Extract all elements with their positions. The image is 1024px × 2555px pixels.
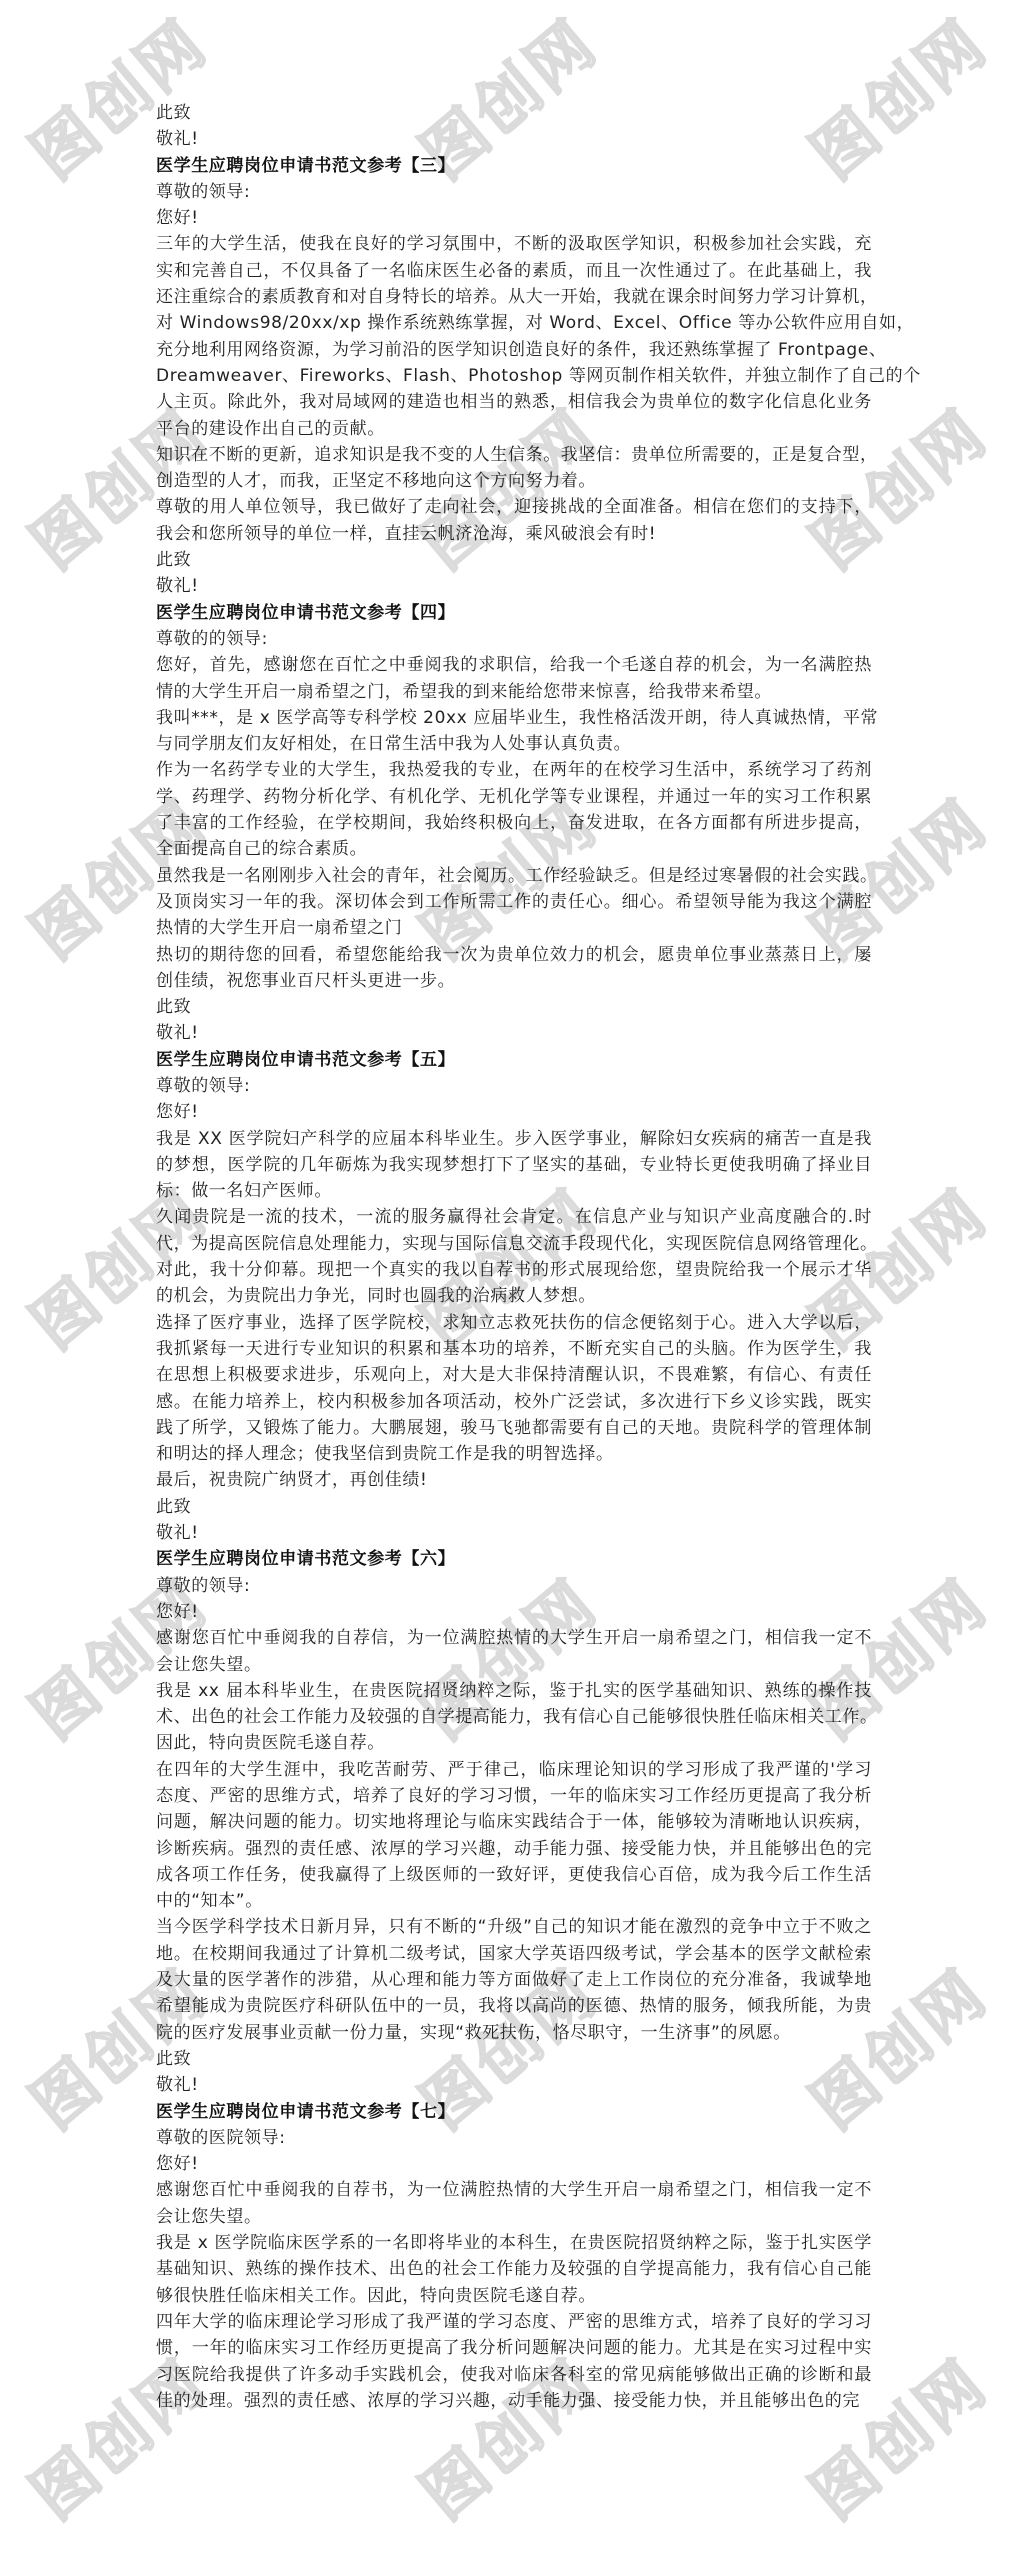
paragraph-line: 在四年的大学生涯中，我吃苦耐劳、严于律己，临床理论知识的学习形成了我严谨的'学习	[156, 1757, 872, 1783]
section-heading: 医学生应聘岗位申请书范文参考【五】	[156, 1047, 872, 1073]
paragraph: 当今医学科学技术日新月异，只有不断的“升级”自己的知识才能在激烈的竞争中立于不败…	[156, 1914, 872, 2045]
paragraph-line: 创佳绩，祝您事业百尺杆头更进一步。	[156, 968, 872, 994]
paragraph-line: 在思想上积极要求进步，乐观向上，对大是大非保持清醒认识，不畏难繁，有信心、有责任	[156, 1362, 872, 1388]
paragraph-line: 三年的大学生活，使我在良好的学习氛围中，不断的汲取医学知识，积极参加社会实践，充	[156, 231, 872, 257]
paragraph-line: 尊敬的用人单位领导，我已做好了走向社会，迎接挑战的全面准备。相信在您们的支持下，	[156, 494, 872, 520]
paragraph-line: 与同学朋友们友好相处，在日常生活中我为人处事认真负责。	[156, 731, 872, 757]
paragraph-line: 够很快胜任临床相关工作。因此，特向贵医院毛遂自荐。	[156, 2283, 872, 2309]
paragraph: 尊敬的用人单位领导，我已做好了走向社会，迎接挑战的全面准备。相信在您们的支持下，…	[156, 494, 872, 547]
closing-line: 此致	[156, 2046, 872, 2072]
paragraph-line: 问题，解决问题的能力。切实地将理论与临床实践结合于一体，能够较为清晰地认识疾病，	[156, 1809, 872, 1835]
section-heading: 医学生应聘岗位申请书范文参考【六】	[156, 1546, 872, 1572]
paragraph-line: 选择了医疗事业，选择了医学院校，求知立志救死扶伤的信念便铭刻于心。进入大学以后，	[156, 1310, 872, 1336]
paragraph-line: 人主页。除此外，我对局域网的建造也相当的熟悉，相信我会为贵单位的数字化信息化业务	[156, 389, 872, 415]
paragraph-line: 全面提高自己的综合素质。	[156, 836, 872, 862]
paragraph-line: Dreamweaver、Fireworks、Flash、Photoshop 等网…	[156, 363, 872, 389]
paragraph: 感谢您百忙中垂阅我的自荐信，为一位满腔热情的大学生开启一扇希望之门，相信我一定不…	[156, 1625, 872, 1678]
paragraph-line: 我叫***，是 x 医学高等专科学校 20xx 应届毕业生，我性格活泼开朗，待人…	[156, 705, 872, 731]
section-heading: 医学生应聘岗位申请书范文参考【四】	[156, 600, 872, 626]
paragraph-line: 平台的建设作出自己的贡献。	[156, 416, 872, 442]
greeting: 您好!	[156, 2151, 872, 2177]
paragraph-line: 诊断疾病。强烈的责任感、浓厚的学习兴趣，动手能力强、接受能力快，并且能够出色的完	[156, 1836, 872, 1862]
document-body: 此致 敬礼! 医学生应聘岗位申请书范文参考【三】尊敬的领导:您好!三年的大学生活…	[156, 100, 872, 2414]
closing-line: 敬礼!	[156, 573, 872, 599]
paragraph-line: 感。在能力培养上，校内积极参加各项活动，校外广泛尝试，多次进行下乡义诊实践，既实	[156, 1389, 872, 1415]
paragraph-line: 中的“知本”。	[156, 1888, 872, 1914]
paragraph-line: 最后，祝贵院广纳贤才，再创佳绩!	[156, 1467, 872, 1493]
salutation: 尊敬的领导:	[156, 179, 872, 205]
paragraph: 我是 xx 届本科毕业生，在贵医院招贤纳粹之际，鉴于扎实的医学基础知识、熟练的操…	[156, 1678, 872, 1757]
paragraph-line: 及大量的医学著作的涉猎，从心理和能力等方面做好了走上工作岗位的充分准备，我诚挚地	[156, 1967, 872, 1993]
paragraph: 感谢您百忙中垂阅我的自荐书，为一位满腔热情的大学生开启一扇希望之门，相信我一定不…	[156, 2177, 872, 2230]
paragraph-line: 成各项工作任务，使我赢得了上级医师的一致好评，更使我信心百倍，成为我今后工作生活	[156, 1862, 872, 1888]
closing-line: 此致	[156, 547, 872, 573]
paragraph-line: 了丰富的工作经验，在学校期间，我始终积极向上，奋发进取，在各方面都有所进步提高，	[156, 810, 872, 836]
paragraph: 作为一名药学专业的大学生，我热爱我的专业，在两年的在校学习生活中，系统学习了药剂…	[156, 757, 872, 862]
closing-line: 此致	[156, 1494, 872, 1520]
paragraph-line: 我抓紧每一天进行专业知识的积累和基本功的培养，不断充实自己的头脑。作为医学生，我	[156, 1336, 872, 1362]
salutation: 尊敬的领导:	[156, 1573, 872, 1599]
paragraph-line: 情的大学生开启一扇希望之门，希望我的到来能给您带来惊喜，给我带来希望。	[156, 679, 872, 705]
letter-section: 医学生应聘岗位申请书范文参考【五】尊敬的领导:您好!我是 XX 医学院妇产科学的…	[156, 1047, 872, 1547]
paragraph-line: 地。在校期间我通过了计算机二级考试，国家大学英语四级考试，学会基本的医学文献检索	[156, 1941, 872, 1967]
paragraph: 选择了医疗事业，选择了医学院校，求知立志救死扶伤的信念便铭刻于心。进入大学以后，…	[156, 1310, 872, 1468]
paragraph-line: 我会和您所领导的单位一样，直挂云帆济沧海，乘风破浪会有时!	[156, 521, 872, 547]
letter-section: 医学生应聘岗位申请书范文参考【四】尊敬的的领导:您好，首先，感谢您在百忙之中垂阅…	[156, 600, 872, 1047]
section-heading: 医学生应聘岗位申请书范文参考【七】	[156, 2099, 872, 2125]
section-heading: 医学生应聘岗位申请书范文参考【三】	[156, 153, 872, 179]
paragraph: 您好，首先，感谢您在百忙之中垂阅我的求职信，给我一个毛遂自荐的机会，为一名满腔热…	[156, 652, 872, 705]
paragraph: 热切的期待您的回看，希望您能给我一次为贵单位效力的机会，愿贵单位事业蒸蒸日上，屡…	[156, 942, 872, 995]
paragraph-line: 标：做一名妇产医师。	[156, 1178, 872, 1204]
salutation: 尊敬的医院领导:	[156, 2125, 872, 2151]
paragraph-line: 四年大学的临床理论学习形成了我严谨的学习态度、严密的思维方式，培养了良好的学习习	[156, 2309, 872, 2335]
paragraph-line: 充分地利用网络资源，为学习前沿的医学知识创造良好的条件，我还熟练掌握了 Fron…	[156, 337, 872, 363]
paragraph-line: 院的医疗发展事业贡献一份力量，实现“救死扶伤，恪尽职守，一生济事”的夙愿。	[156, 2020, 872, 2046]
closing-line: 敬礼!	[156, 1020, 872, 1046]
paragraph: 我叫***，是 x 医学高等专科学校 20xx 应届毕业生，我性格活泼开朗，待人…	[156, 705, 872, 758]
paragraph-line: 知识在不断的更新，追求知识是我不变的人生信条。我坚信：贵单位所需要的，正是复合型…	[156, 442, 872, 468]
paragraph-line: 代，为提高医院信息处理能力，实现与国际信息交流手段现代化，实现医院信息网络管理化…	[156, 1231, 872, 1257]
salutation: 尊敬的的领导:	[156, 626, 872, 652]
paragraph-line: 当今医学科学技术日新月异，只有不断的“升级”自己的知识才能在激烈的竞争中立于不败…	[156, 1914, 872, 1940]
sections-container: 医学生应聘岗位申请书范文参考【三】尊敬的领导:您好!三年的大学生活，使我在良好的…	[156, 153, 872, 2415]
paragraph-line: 热切的期待您的回看，希望您能给我一次为贵单位效力的机会，愿贵单位事业蒸蒸日上，屡	[156, 942, 872, 968]
paragraph-line: 的梦想，医学院的几年砺炼为我实现梦想打下了坚实的基础，专业特长更使我明确了择业目	[156, 1152, 872, 1178]
letter-section: 医学生应聘岗位申请书范文参考【六】尊敬的领导:您好!感谢您百忙中垂阅我的自荐信，…	[156, 1546, 872, 2098]
paragraph-line: 作为一名药学专业的大学生，我热爱我的专业，在两年的在校学习生活中，系统学习了药剂	[156, 757, 872, 783]
paragraph-line: 术、出色的社会工作能力及较强的自学提高能力，我有信心自己能够很快胜任临床相关工作…	[156, 1704, 872, 1730]
paragraph-line: 会让您失望。	[156, 2204, 872, 2230]
paragraph: 虽然我是一名刚刚步入社会的青年，社会阅历。工作经验缺乏。但是经过寒暑假的社会实践…	[156, 863, 872, 942]
paragraph-line: 的机会，为贵院出力争光，同时也圆我的治病救人梦想。	[156, 1283, 872, 1309]
paragraph-line: 希望能成为贵院医疗科研队伍中的一员，我将以高尚的医德、热情的服务，倾我所能，为贵	[156, 1993, 872, 2019]
paragraph-line: 我是 x 医学院临床医学系的一名即将毕业的本科生，在贵医院招贤纳粹之际，鉴于扎实…	[156, 2230, 872, 2256]
closing-line: 此致	[156, 994, 872, 1020]
greeting: 您好!	[156, 1599, 872, 1625]
closing-line: 敬礼!	[156, 126, 872, 152]
paragraph: 最后，祝贵院广纳贤才，再创佳绩!	[156, 1467, 872, 1493]
paragraph: 我是 x 医学院临床医学系的一名即将毕业的本科生，在贵医院招贤纳粹之际，鉴于扎实…	[156, 2230, 872, 2309]
paragraph-line: 还注重综合的素质教育和对自身特长的培养。从大一开始，我就在课余时间努力学习计算机…	[156, 284, 872, 310]
paragraph-line: 习医院给我提供了许多动手实践机会，使我对临床各科室的常见病能够做出正确的诊断和最	[156, 2362, 872, 2388]
paragraph: 三年的大学生活，使我在良好的学习氛围中，不断的汲取医学知识，积极参加社会实践，充…	[156, 231, 872, 441]
closing-line: 敬礼!	[156, 2072, 872, 2098]
paragraph-line: 感谢您百忙中垂阅我的自荐书，为一位满腔热情的大学生开启一扇希望之门，相信我一定不	[156, 2177, 872, 2203]
paragraph-line: 惯，一年的临床实习工作经历更提高了我分析问题解决问题的能力。尤其是在实习过程中实	[156, 2335, 872, 2361]
paragraph-line: 久闻贵院是一流的技术，一流的服务赢得社会肯定。在信息产业与知识产业高度融合的.时	[156, 1204, 872, 1230]
paragraph: 四年大学的临床理论学习形成了我严谨的学习态度、严密的思维方式，培养了良好的学习习…	[156, 2309, 872, 2414]
paragraph: 知识在不断的更新，追求知识是我不变的人生信条。我坚信：贵单位所需要的，正是复合型…	[156, 442, 872, 495]
paragraph-line: 感谢您百忙中垂阅我的自荐信，为一位满腔热情的大学生开启一扇希望之门，相信我一定不	[156, 1625, 872, 1651]
paragraph-line: 会让您失望。	[156, 1652, 872, 1678]
paragraph: 在四年的大学生涯中，我吃苦耐劳、严于律己，临床理论知识的学习形成了我严谨的'学习…	[156, 1757, 872, 1915]
paragraph-line: 我是 xx 届本科毕业生，在贵医院招贤纳粹之际，鉴于扎实的医学基础知识、熟练的操…	[156, 1678, 872, 1704]
paragraph-line: 践了所学，又锻炼了能力。大鹏展翅，骏马飞驰都需要有自己的天地。贵院科学的管理体制	[156, 1415, 872, 1441]
paragraph-line: 虽然我是一名刚刚步入社会的青年，社会阅历。工作经验缺乏。但是经过寒暑假的社会实践…	[156, 863, 872, 889]
paragraph-line: 学、药理学、药物分析化学、有机化学、无机化学等专业课程，并通过一年的实习工作积累	[156, 784, 872, 810]
letter-section: 医学生应聘岗位申请书范文参考【三】尊敬的领导:您好!三年的大学生活，使我在良好的…	[156, 153, 872, 600]
paragraph-line: 实和完善自己，不仅具备了一名临床医生必备的素质，而且一次性通过了。在此基础上，我	[156, 258, 872, 284]
paragraph-line: 热情的大学生开启一扇希望之门	[156, 915, 872, 941]
closing-line: 敬礼!	[156, 1520, 872, 1546]
greeting: 您好!	[156, 205, 872, 231]
closing-line: 此致	[156, 100, 872, 126]
paragraph-line: 佳的处理。强烈的责任感、浓厚的学习兴趣，动手能力强、接受能力快，并且能够出色的完	[156, 2388, 872, 2414]
letter-section: 医学生应聘岗位申请书范文参考【七】尊敬的医院领导:您好!感谢您百忙中垂阅我的自荐…	[156, 2099, 872, 2415]
paragraph-line: 对此，我十分仰幕。现把一个真实的我以自荐书的形式展现给您，望贵院给我一个展示才华	[156, 1257, 872, 1283]
salutation: 尊敬的领导:	[156, 1073, 872, 1099]
paragraph-line: 对 Windows98/20xx/xp 操作系统熟练掌握，对 Word、Exce…	[156, 310, 872, 336]
paragraph-line: 您好，首先，感谢您在百忙之中垂阅我的求职信，给我一个毛遂自荐的机会，为一名满腔热	[156, 652, 872, 678]
paragraph-line: 因此，特向贵医院毛遂自荐。	[156, 1730, 872, 1756]
paragraph-line: 创造型的人才，而我，正坚定不移地向这个方向努力着。	[156, 468, 872, 494]
paragraph: 久闻贵院是一流的技术，一流的服务赢得社会肯定。在信息产业与知识产业高度融合的.时…	[156, 1204, 872, 1309]
paragraph-line: 态度、严密的思维方式，培养了良好的学习习惯，一年的临床实习工作经历更提高了我分析	[156, 1783, 872, 1809]
greeting: 您好!	[156, 1099, 872, 1125]
paragraph-line: 和明达的择人理念；使我坚信到贵院工作是我的明智选择。	[156, 1441, 872, 1467]
paragraph-line: 基础知识、熟练的操作技术、出色的社会工作能力及较强的自学提高能力，我有信心自己能	[156, 2256, 872, 2282]
paragraph-line: 我是 XX 医学院妇产科学的应届本科毕业生。步入医学事业，解除妇女疾病的痛苦一直…	[156, 1126, 872, 1152]
paragraph-line: 及顶岗实习一年的我。深切体会到工作所需工作的责任心。细心。希望领导能为我这个满腔	[156, 889, 872, 915]
paragraph: 我是 XX 医学院妇产科学的应届本科毕业生。步入医学事业，解除妇女疾病的痛苦一直…	[156, 1126, 872, 1205]
